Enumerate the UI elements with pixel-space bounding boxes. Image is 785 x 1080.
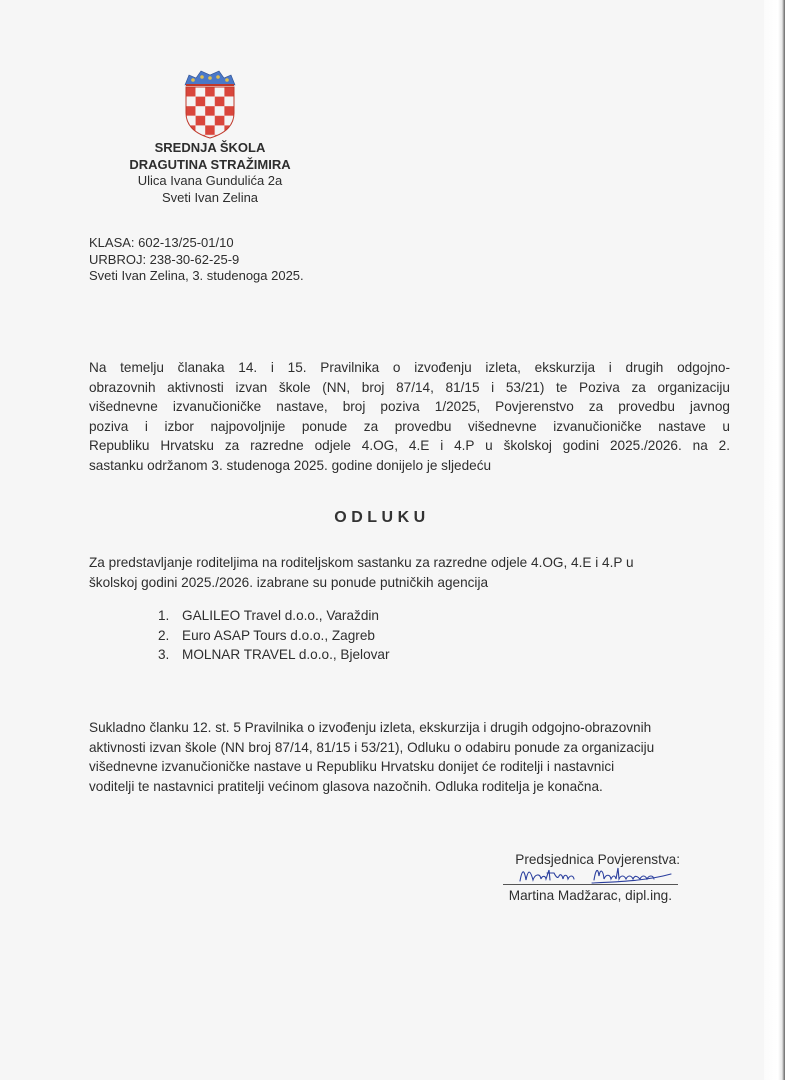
preamble-line: Na temelju članaka 14. i 15. Pravilnika … <box>89 358 730 378</box>
signatory-name: Martina Madžarac, dipl.ing. <box>490 888 672 903</box>
agency-name: MOLNAR TRAVEL d.o.o., Bjelovar <box>182 645 390 665</box>
decision-line: školskoj godini 2025./2026. izabrane su … <box>89 573 730 593</box>
urbroj-number: URBROJ: 238-30-62-25-9 <box>89 252 304 269</box>
decision-title: ODLUKU <box>0 509 764 527</box>
school-letterhead: SREDNJA ŠKOLA DRAGUTINA STRAŽIMIRA Ulica… <box>100 140 320 206</box>
agency-number: 2. <box>158 626 182 646</box>
croatian-coat-of-arms-icon <box>183 69 237 139</box>
school-city: Sveti Ivan Zelina <box>100 190 320 207</box>
decision-line: Za predstavljanje roditeljima na roditel… <box>89 553 730 573</box>
preamble-paragraph: Na temelju članaka 14. i 15. Pravilnika … <box>89 358 730 476</box>
school-address: Ulica Ivana Gundulića 2a <box>100 173 320 190</box>
school-name-line1: SREDNJA ŠKOLA <box>100 140 320 157</box>
preamble-line: obrazovnih aktivnosti izvan škole (NN, b… <box>89 378 730 398</box>
school-name-line2: DRAGUTINA STRAŽIMIRA <box>100 157 320 174</box>
agency-item: 3. MOLNAR TRAVEL d.o.o., Bjelovar <box>158 645 390 665</box>
agency-list: 1. GALILEO Travel d.o.o., Varaždin 2. Eu… <box>158 606 390 665</box>
preamble-line: Republiku Hrvatsku za razredne odjele 4.… <box>89 436 730 456</box>
agency-item: 2. Euro ASAP Tours d.o.o., Zagreb <box>158 626 390 646</box>
preamble-line: višednevne izvanučioničke nastave, broj … <box>89 397 730 417</box>
agency-name: GALILEO Travel d.o.o., Varaždin <box>182 606 379 626</box>
closing-line: aktivnosti izvan škole (NN broj 87/14, 8… <box>89 738 730 758</box>
agency-number: 3. <box>158 645 182 665</box>
signature-line <box>503 884 678 885</box>
closing-paragraph: Sukladno članku 12. st. 5 Pravilnika o i… <box>89 718 730 796</box>
preamble-line: sastanku održanom 3. studenoga 2025. god… <box>89 456 730 476</box>
closing-line: Sukladno članku 12. st. 5 Pravilnika o i… <box>89 718 730 738</box>
klasa-number: KLASA: 602-13/25-01/10 <box>89 235 304 252</box>
reference-block: KLASA: 602-13/25-01/10 URBROJ: 238-30-62… <box>89 235 304 285</box>
agency-number: 1. <box>158 606 182 626</box>
preamble-line: poziva i izbor najpovoljnije ponude za p… <box>89 417 730 437</box>
scan-edge <box>764 0 785 1080</box>
decision-paragraph: Za predstavljanje roditeljima na roditel… <box>89 553 730 592</box>
document-page: SREDNJA ŠKOLA DRAGUTINA STRAŽIMIRA Ulica… <box>0 0 764 1080</box>
agency-name: Euro ASAP Tours d.o.o., Zagreb <box>182 626 375 646</box>
handwritten-signature <box>516 864 676 886</box>
agency-item: 1. GALILEO Travel d.o.o., Varaždin <box>158 606 390 626</box>
place-date: Sveti Ivan Zelina, 3. studenoga 2025. <box>89 268 304 285</box>
closing-line: višednevne izvanučioničke nastave u Repu… <box>89 757 730 777</box>
closing-line: voditelji te nastavnici pratitelji većin… <box>89 777 730 797</box>
